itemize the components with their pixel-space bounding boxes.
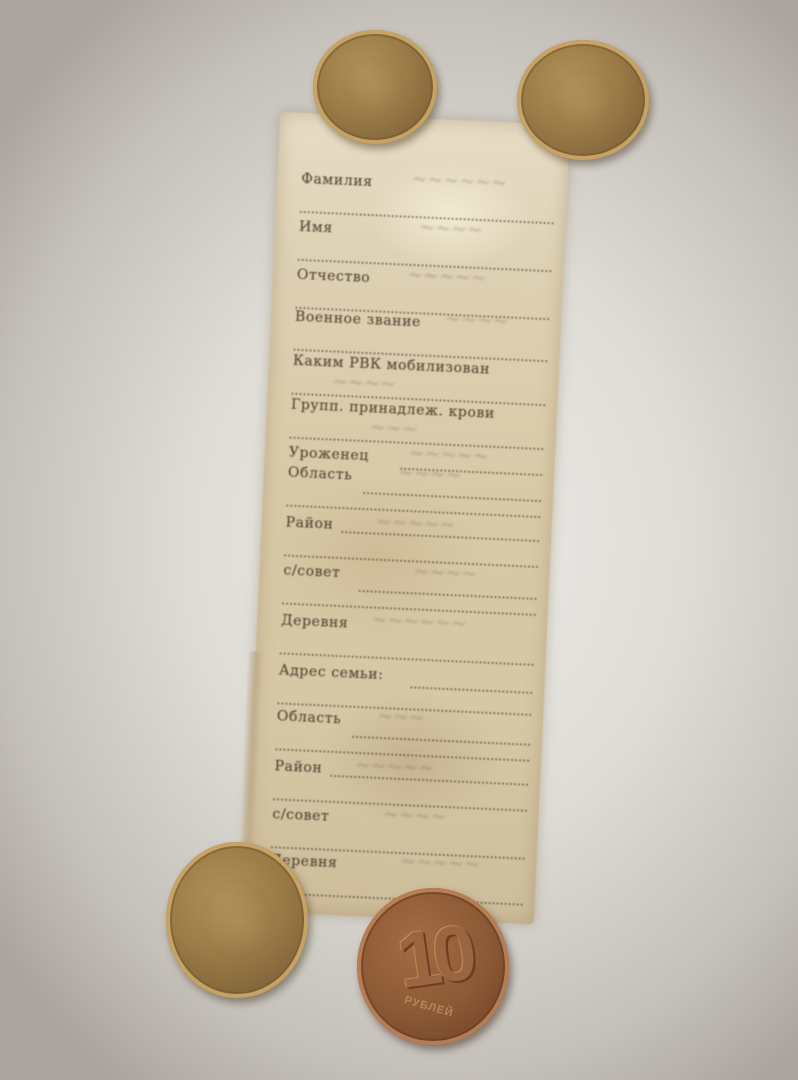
handwriting: ~~~~: [413, 560, 478, 585]
field-label: Район: [274, 758, 323, 776]
handwriting: ~~~: [376, 705, 425, 729]
handwriting: ~~~~: [419, 216, 484, 241]
field-label: Фамилия: [301, 171, 373, 190]
coin-bottom-left: [166, 842, 308, 998]
field-label: Военное звание: [295, 309, 422, 331]
handwriting: ~~~~~: [407, 264, 488, 290]
field-label: Отчество: [297, 267, 371, 286]
dotted-rule: [352, 736, 530, 746]
field-label: Область: [288, 465, 353, 484]
handwriting: ~~~~: [398, 462, 463, 487]
field-label: Деревня: [281, 612, 349, 631]
handwriting: ~~~~~~: [371, 608, 467, 634]
coin-ten-rubles: 10 РУБЛЕЙ: [357, 888, 509, 1045]
coin-denomination: 10: [392, 907, 475, 1007]
coin-top-right: [517, 40, 649, 160]
handwriting: ~~~~: [445, 308, 510, 333]
field-label: с/совет: [272, 806, 330, 825]
id-paper-slip: Фамилия ~~~~~~ Имя ~~~~ Отчество ~~~~~ В…: [244, 112, 570, 924]
handwriting: ~~~~~: [400, 850, 481, 876]
photo-scene: Фамилия ~~~~~~ Имя ~~~~ Отчество ~~~~~ В…: [0, 0, 798, 1080]
field-label: Область: [277, 708, 342, 727]
field-label: Район: [285, 515, 334, 533]
coin-top-left: [313, 30, 437, 144]
dotted-rule: [359, 590, 537, 600]
field-label: Имя: [299, 219, 333, 237]
handwriting: ~~~: [370, 416, 419, 440]
handwriting: ~~~~: [382, 803, 447, 828]
dotted-rule: [410, 686, 532, 694]
handwriting: ~~~~~~: [411, 168, 507, 194]
eagle-emblem-icon: [343, 57, 407, 116]
eagle-emblem-icon: [200, 879, 274, 960]
eagle-emblem-icon: [549, 69, 618, 131]
dotted-rule: [363, 492, 541, 502]
field-label: с/совет: [283, 562, 341, 581]
field-label: Адрес семьи:: [279, 662, 384, 683]
